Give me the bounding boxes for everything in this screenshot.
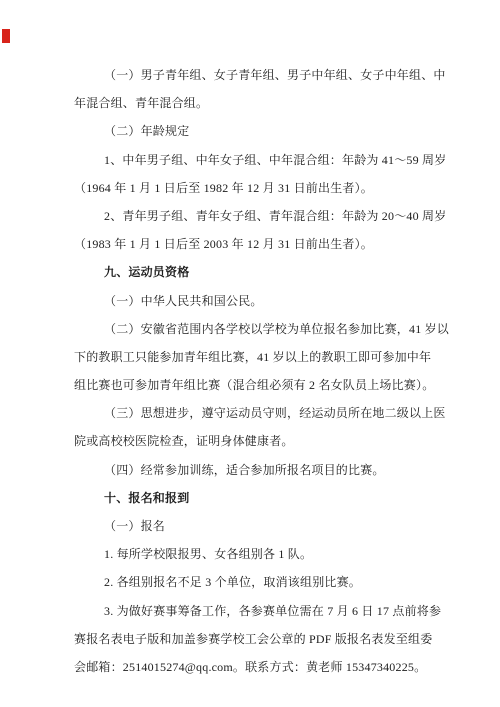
doc-line: （1964 年 1 月 1 日后至 1982 年 12 月 31 日前出生者）。 <box>74 174 427 202</box>
document-text-block: （一）男子青年组、女子青年组、男子中年组、女子中年组、中 年混合组、青年混合组。… <box>74 61 427 681</box>
doc-line: 2. 各组别报名不足 3 个单位，取消该组别比赛。 <box>74 568 427 596</box>
doc-line: （一）报名 <box>74 512 427 540</box>
doc-line: 年混合组、青年混合组。 <box>74 89 427 117</box>
red-square-marker <box>2 29 10 43</box>
doc-line: （二）安徽省范围内各学校以学校为单位报名参加比赛，41 岁以 <box>74 315 427 343</box>
doc-line: （二）年龄规定 <box>74 117 427 145</box>
doc-line: 3. 为做好赛事筹备工作，各参赛单位需在 7 月 6 日 17 点前将参 <box>74 597 427 625</box>
doc-line: （三）思想进步，遵守运动员守则，经运动员所在地二级以上医 <box>74 399 427 427</box>
doc-line: 组比赛也可参加青年组比赛（混合组必须有 2 名女队员上场比赛）。 <box>74 371 427 399</box>
doc-line: 下的教职工只能参加青年组比赛，41 岁以上的教职工即可参加中年 <box>74 343 427 371</box>
doc-line: （1983 年 1 月 1 日后至 2003 年 12 月 31 日前出生者）。 <box>74 230 427 258</box>
doc-line: 2、青年男子组、青年女子组、青年混合组：年龄为 20～40 周岁 <box>74 202 427 230</box>
doc-line: 院或高校校医院检查，证明身体健康者。 <box>74 427 427 455</box>
doc-line: （一）男子青年组、女子青年组、男子中年组、女子中年组、中 <box>74 61 427 89</box>
doc-line: 赛报名表电子版和加盖参赛学校工会公章的 PDF 版报名表发至组委 <box>74 625 427 653</box>
section-10-heading: 十、报名和报到 <box>74 484 427 512</box>
doc-line: 1、中年男子组、中年女子组、中年混合组：年龄为 41～59 周岁 <box>74 146 427 174</box>
doc-line: （一）中华人民共和国公民。 <box>74 287 427 315</box>
doc-line: （四）经常参加训练，适合参加所报名项目的比赛。 <box>74 456 427 484</box>
doc-line-contact: 会邮箱：2514015274@qq.com。联系方式：黄老师 153473402… <box>74 653 427 681</box>
doc-line: 1. 每所学校限报男、女各组别各 1 队。 <box>74 540 427 568</box>
section-9-heading: 九、运动员资格 <box>74 258 427 286</box>
document-page: （一）男子青年组、女子青年组、男子中年组、女子中年组、中 年混合组、青年混合组。… <box>0 0 500 707</box>
